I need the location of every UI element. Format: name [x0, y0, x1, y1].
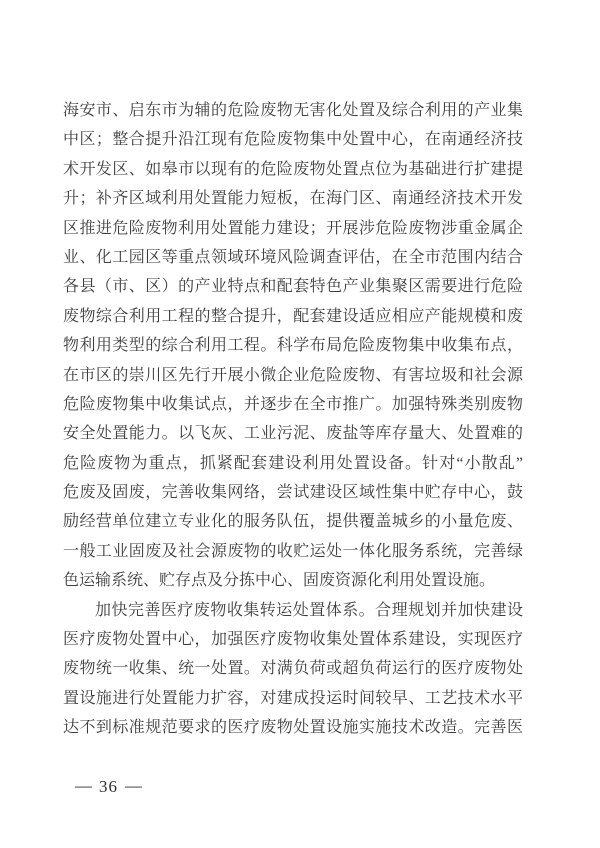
text-line: 术开发区、如皋市以现有的危险废物处置点位为基础进行扩建提	[63, 155, 523, 184]
text-line: 业、化工园区等重点领域环境风险调查评估，在全市范围内结合	[63, 243, 523, 272]
text-line: 色运输系统、贮存点及分拣中心、固废资源化利用处置设施。	[63, 566, 523, 595]
text-line: 置设施进行处置能力扩容，对建成投运时间较早、工艺技术水平	[63, 684, 523, 713]
footer-dash-left: —	[75, 776, 92, 795]
text-block: 海安市、启东市为辅的危险废物无害化处置及综合利用的产业集 中区；整合提升沿江现有…	[63, 96, 523, 743]
text-line: 达不到标准规范要求的医疗废物处置设施实施技术改造。完善医	[63, 713, 523, 742]
text-line: 中区；整合提升沿江现有危险废物集中处置中心，在南通经济技	[63, 125, 523, 154]
page-number-footer: —36—	[75, 776, 142, 798]
text-line: 加快完善医疗废物收集转运处置体系。合理规划并加快建设	[63, 596, 523, 625]
text-line: 危险废物集中收集试点，并逐步在全市推广。加强特殊类别废物	[63, 390, 523, 419]
text-line: 废物综合利用工程的整合提升，配套建设适应相应产能规模和废	[63, 302, 523, 331]
text-line: 废物统一收集、统一处置。对满负荷或超负荷运行的医疗废物处	[63, 654, 523, 683]
text-line: 区推进危险废物利用处置能力建设；开展涉危险废物涉重金属企	[63, 214, 523, 243]
text-line: 各县（市、区）的产业特点和配套特色产业集聚区需要进行危险	[63, 272, 523, 301]
text-line: 在市区的崇川区先行开展小微企业危险废物、有害垃圾和社会源	[63, 361, 523, 390]
page-number: 36	[99, 777, 118, 796]
text-line: 升；补齐区域利用处置能力短板，在海门区、南通经济技术开发	[63, 184, 523, 213]
text-line: 医疗废物处置中心，加强医疗废物收集处置体系建设，实现医疗	[63, 625, 523, 654]
text-line: 安全处置能力。以飞灰、工业污泥、废盐等库存量大、处置难的	[63, 419, 523, 448]
text-line: 危险废物为重点，抓紧配套建设利用处置设备。针对“小散乱”	[63, 449, 523, 478]
paragraph-medical-waste: 加快完善医疗废物收集转运处置体系。合理规划并加快建设 医疗废物处置中心，加强医疗…	[63, 596, 523, 743]
text-line: 一般工业固废及社会源废物的收贮运处一体化服务系统，完善绿	[63, 537, 523, 566]
text-line: 海安市、启东市为辅的危险废物无害化处置及综合利用的产业集	[63, 96, 523, 125]
text-line: 励经营单位建立专业化的服务队伍，提供覆盖城乡的小量危废、	[63, 507, 523, 536]
text-line: 物利用类型的综合利用工程。科学布局危险废物集中收集布点，	[63, 331, 523, 360]
paragraph-hazardous-waste: 海安市、启东市为辅的危险废物无害化处置及综合利用的产业集 中区；整合提升沿江现有…	[63, 96, 523, 596]
text-line: 危废及固废，完善收集网络，尝试建设区域性集中贮存中心，鼓	[63, 478, 523, 507]
footer-dash-right: —	[125, 776, 142, 795]
document-page: 海安市、启东市为辅的危险废物无害化处置及综合利用的产业集 中区；整合提升沿江现有…	[0, 0, 600, 848]
